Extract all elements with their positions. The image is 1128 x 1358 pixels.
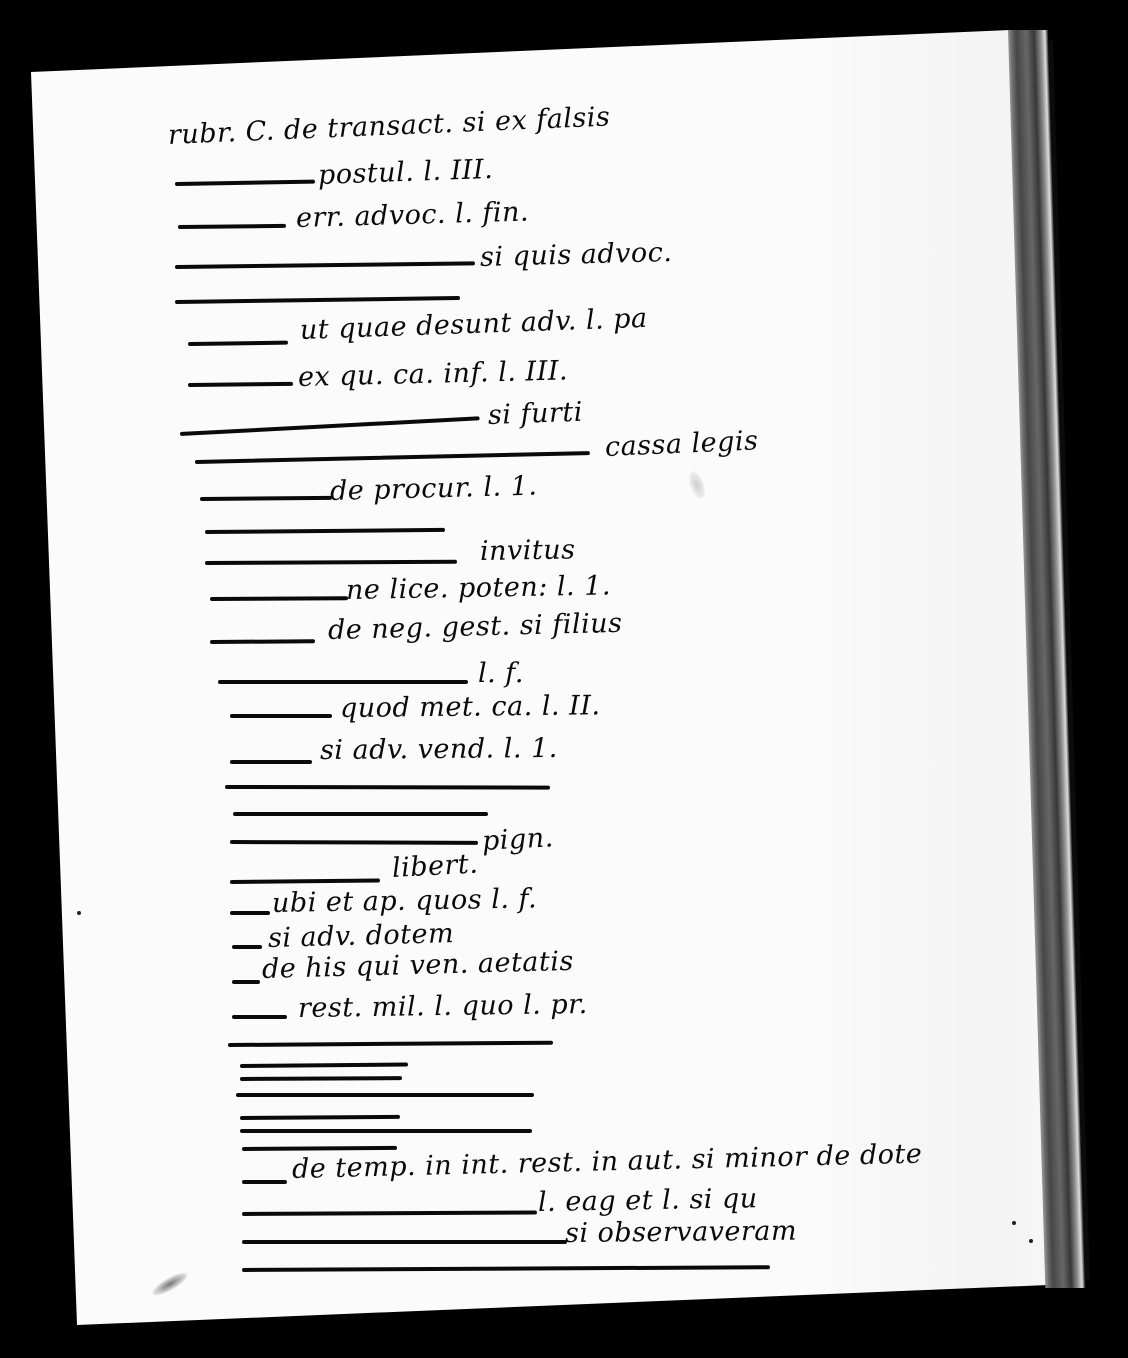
entry-text: invitus xyxy=(480,534,576,567)
entry-text: l. eag et l. si qu xyxy=(538,1183,758,1218)
entry-text: si observaveram xyxy=(565,1216,797,1249)
entry-text: de procur. l. 1. xyxy=(330,471,538,507)
entry-text: pign. xyxy=(481,822,554,857)
entry-text: l. f. xyxy=(478,658,524,689)
entry-text: ex qu. ca. inf. l. III. xyxy=(298,355,569,393)
ditto-rule xyxy=(210,596,348,601)
ditto-rule xyxy=(230,911,270,915)
entry-text: rest. mil. l. quo l. pr. xyxy=(298,989,588,1024)
ditto-rule xyxy=(230,840,478,845)
ditto-rule xyxy=(232,980,260,984)
ditto-rule xyxy=(210,639,315,644)
ditto-rule xyxy=(232,1015,287,1019)
entry-text: si adv. dotem xyxy=(268,918,455,954)
ditto-rule xyxy=(233,812,488,816)
ditto-rule xyxy=(242,1180,287,1184)
entry-text: ubi et ap. quos l. f. xyxy=(272,883,538,919)
ditto-rule xyxy=(240,1129,532,1133)
ditto-rule xyxy=(240,1076,402,1081)
ditto-rule xyxy=(242,1240,567,1244)
ditto-rule xyxy=(225,785,550,790)
entry-text: quod met. ca. l. II. xyxy=(340,690,601,724)
ink-speck xyxy=(1029,1239,1033,1243)
entry-text: postul. l. III. xyxy=(317,154,493,191)
ink-speck xyxy=(77,911,81,915)
entry-text: si furti xyxy=(487,397,583,431)
ditto-rule xyxy=(232,945,262,949)
ditto-rule xyxy=(230,714,332,718)
entry-text: si quis advoc. xyxy=(480,237,673,273)
entry-text: libert. xyxy=(391,849,479,884)
entry-text: si adv. vend. l. 1. xyxy=(320,733,558,766)
ditto-rule xyxy=(230,760,312,764)
entry-text: ne lice. poten: l. 1. xyxy=(346,570,611,606)
ditto-rule xyxy=(218,680,468,684)
ditto-rule xyxy=(236,1093,534,1097)
ink-speck xyxy=(1012,1221,1016,1225)
entry-text: err. advoc. l. fin. xyxy=(296,196,530,233)
